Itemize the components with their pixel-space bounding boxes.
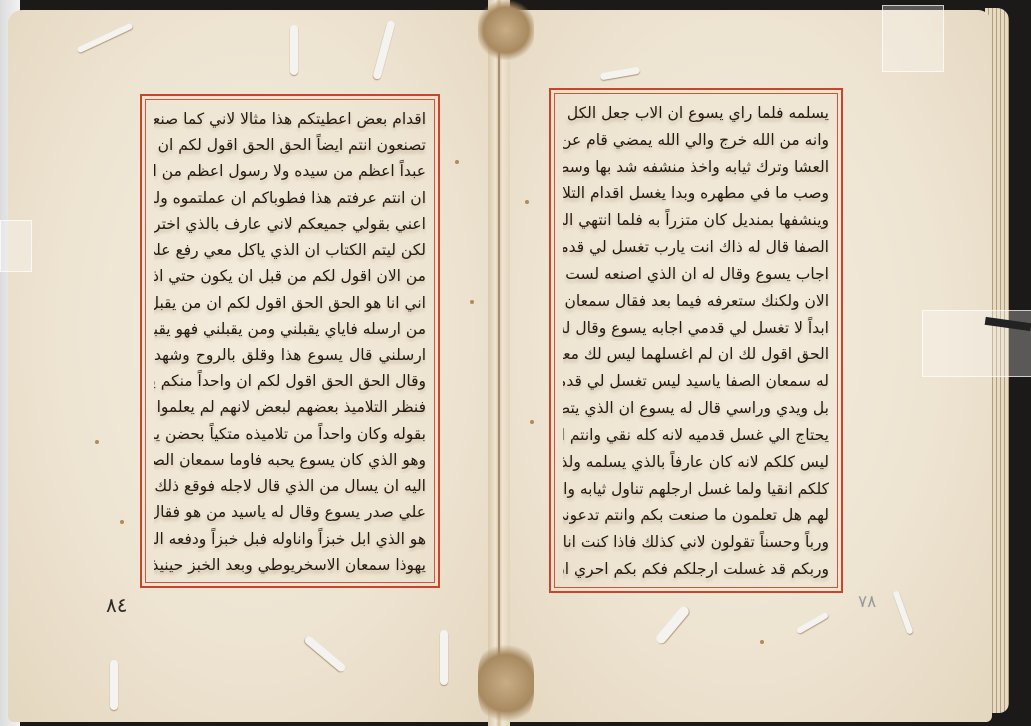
text-line: له سمعان الصفا ياسيد ليس تغسل لي قدمي فق… (563, 368, 829, 395)
text-line: عبداً اعظم من سيده ولا رسول اعظم من ارسل… (154, 158, 426, 184)
mylar-repair-left (0, 220, 32, 272)
wormhole (290, 25, 298, 75)
ink-speck (525, 200, 529, 204)
text-line: الان ولكنك ستعرفه فيما بعد فقال سمعان ال… (563, 288, 829, 315)
ink-speck (530, 420, 534, 424)
text-line: الحق اقول لك ان لم اغسلهما ليس لك معي نص… (563, 341, 829, 368)
text-line: يسلمه فلما راي يسوع ان الاب جعل الكل في … (563, 100, 829, 127)
ink-speck (760, 640, 764, 644)
ink-speck (470, 300, 474, 304)
text-line: وهو الذي كان يسوع يحبه فاوما سمعان الصفا (154, 447, 426, 473)
ink-speck (120, 520, 124, 524)
text-line: هو الذي ابل خبزاً واناوله فبل خبزاً ودفع… (154, 526, 426, 552)
text-line: وانه من الله خرج والي الله يمضي قام عن (563, 127, 829, 154)
text-line: كلكم انقيا ولما غسل ارجلهم تناول ثيابه و… (563, 476, 829, 503)
wormhole (110, 660, 118, 710)
spine-damage-top (478, 0, 534, 60)
folio-number-right: ٧٨ (858, 592, 876, 612)
text-line: من ارسله فاياي يقبلني ومن يقبلني فهو يقب… (154, 316, 426, 342)
text-line: ارسلني قال يسوع هذا وقلق بالروح وشهد (154, 342, 426, 368)
text-line: لهم هل تعلمون ما صنعت بكم وانتم تدعوني م… (563, 502, 829, 529)
text-line: يحتاج الي غسل قدميه لانه كله نقي وانتم ا… (563, 422, 829, 449)
text-line: علي صدر يسوع وقال له ياسيد من هو فقال يس… (154, 499, 426, 525)
manuscript-spread: اقدام بعض اعطيتكم هذا مثالا لاني كما صنع… (0, 0, 1031, 726)
text-line: العشا وترك ثيابه واخذ منشفه شد بها وسطه (563, 154, 829, 181)
gutter-fold (498, 40, 500, 690)
mylar-repair-top-right (882, 5, 944, 72)
text-line: اني انا هو الحق الحق اقول لكم ان من يقبل… (154, 290, 426, 316)
text-line: اجاب يسوع وقال له ان الذي اصنعه لست تعرف… (563, 261, 829, 288)
text-line: اليه ان يسال من الذي قال لاجله فوقع ذلك … (154, 473, 426, 499)
left-text-frame: اقدام بعض اعطيتكم هذا مثالا لاني كما صنع… (140, 94, 440, 588)
text-line: ان انتم عرفتم هذا فطوباكم ان عملتموه ولس… (154, 185, 426, 211)
text-line: بقوله وكان واحداً من تلاميذه متكياً بحضن… (154, 421, 426, 447)
text-line: وقال الحق الحق اقول لكم ان واحداً منكم ي… (154, 368, 426, 394)
ink-speck (95, 440, 99, 444)
wormhole (440, 630, 448, 685)
text-line: الصفا قال له ذاك انت يارب تغسل لي قدمي (563, 234, 829, 261)
text-line: لكن ليتم الكتاب ان الذي ياكل معي رفع علي… (154, 237, 426, 263)
text-line: يهوذا سمعان الاسخريوطي وبعد الخبز حينيذ (154, 552, 426, 578)
ink-speck (455, 160, 459, 164)
folio-number-left: ٨٤ (106, 593, 127, 617)
text-line: ورباً وحسناً تقولون لاني كذلك فاذا كنت ا… (563, 529, 829, 556)
text-line: وربكم قد غسلت ارجلكم فكم بكم احري ان يغس… (563, 556, 829, 583)
spine-damage-bottom (478, 640, 534, 726)
text-line: اقدام بعض اعطيتكم هذا مثالا لاني كما صنع… (154, 106, 426, 132)
text-line: اعني بقولي جميعكم لاني عارف بالذي اخترت (154, 211, 426, 237)
text-line: من الان اقول لكم من قبل ان يكون حتي اذا … (154, 263, 426, 289)
text-line: ليس كلكم لانه كان عارفاً بالذي يسلمه ولذ… (563, 449, 829, 476)
right-text-frame: يسلمه فلما راي يسوع ان الاب جعل الكل في … (549, 88, 843, 593)
text-line: فنظر التلاميذ بعضهم لبعض لانهم لم يعلموا… (154, 394, 426, 420)
text-line: ابداً لا تغسل لي قدمي اجابه يسوع وقال له… (563, 315, 829, 342)
left-text-block: اقدام بعض اعطيتكم هذا مثالا لاني كما صنع… (145, 99, 435, 583)
text-line: وينشفها بمنديل كان متزراً به فلما انتهي … (563, 207, 829, 234)
right-text-block: يسلمه فلما راي يسوع ان الاب جعل الكل في … (554, 93, 838, 588)
text-line: تصنعون انتم ايضاً الحق الحق اقول لكم ان … (154, 132, 426, 158)
text-line: وصب ما في مطهره وبدا يغسل اقدام التلاميذ (563, 180, 829, 207)
text-line: بل ويدي وراسي قال له يسوع ان الذي يتطهر … (563, 395, 829, 422)
